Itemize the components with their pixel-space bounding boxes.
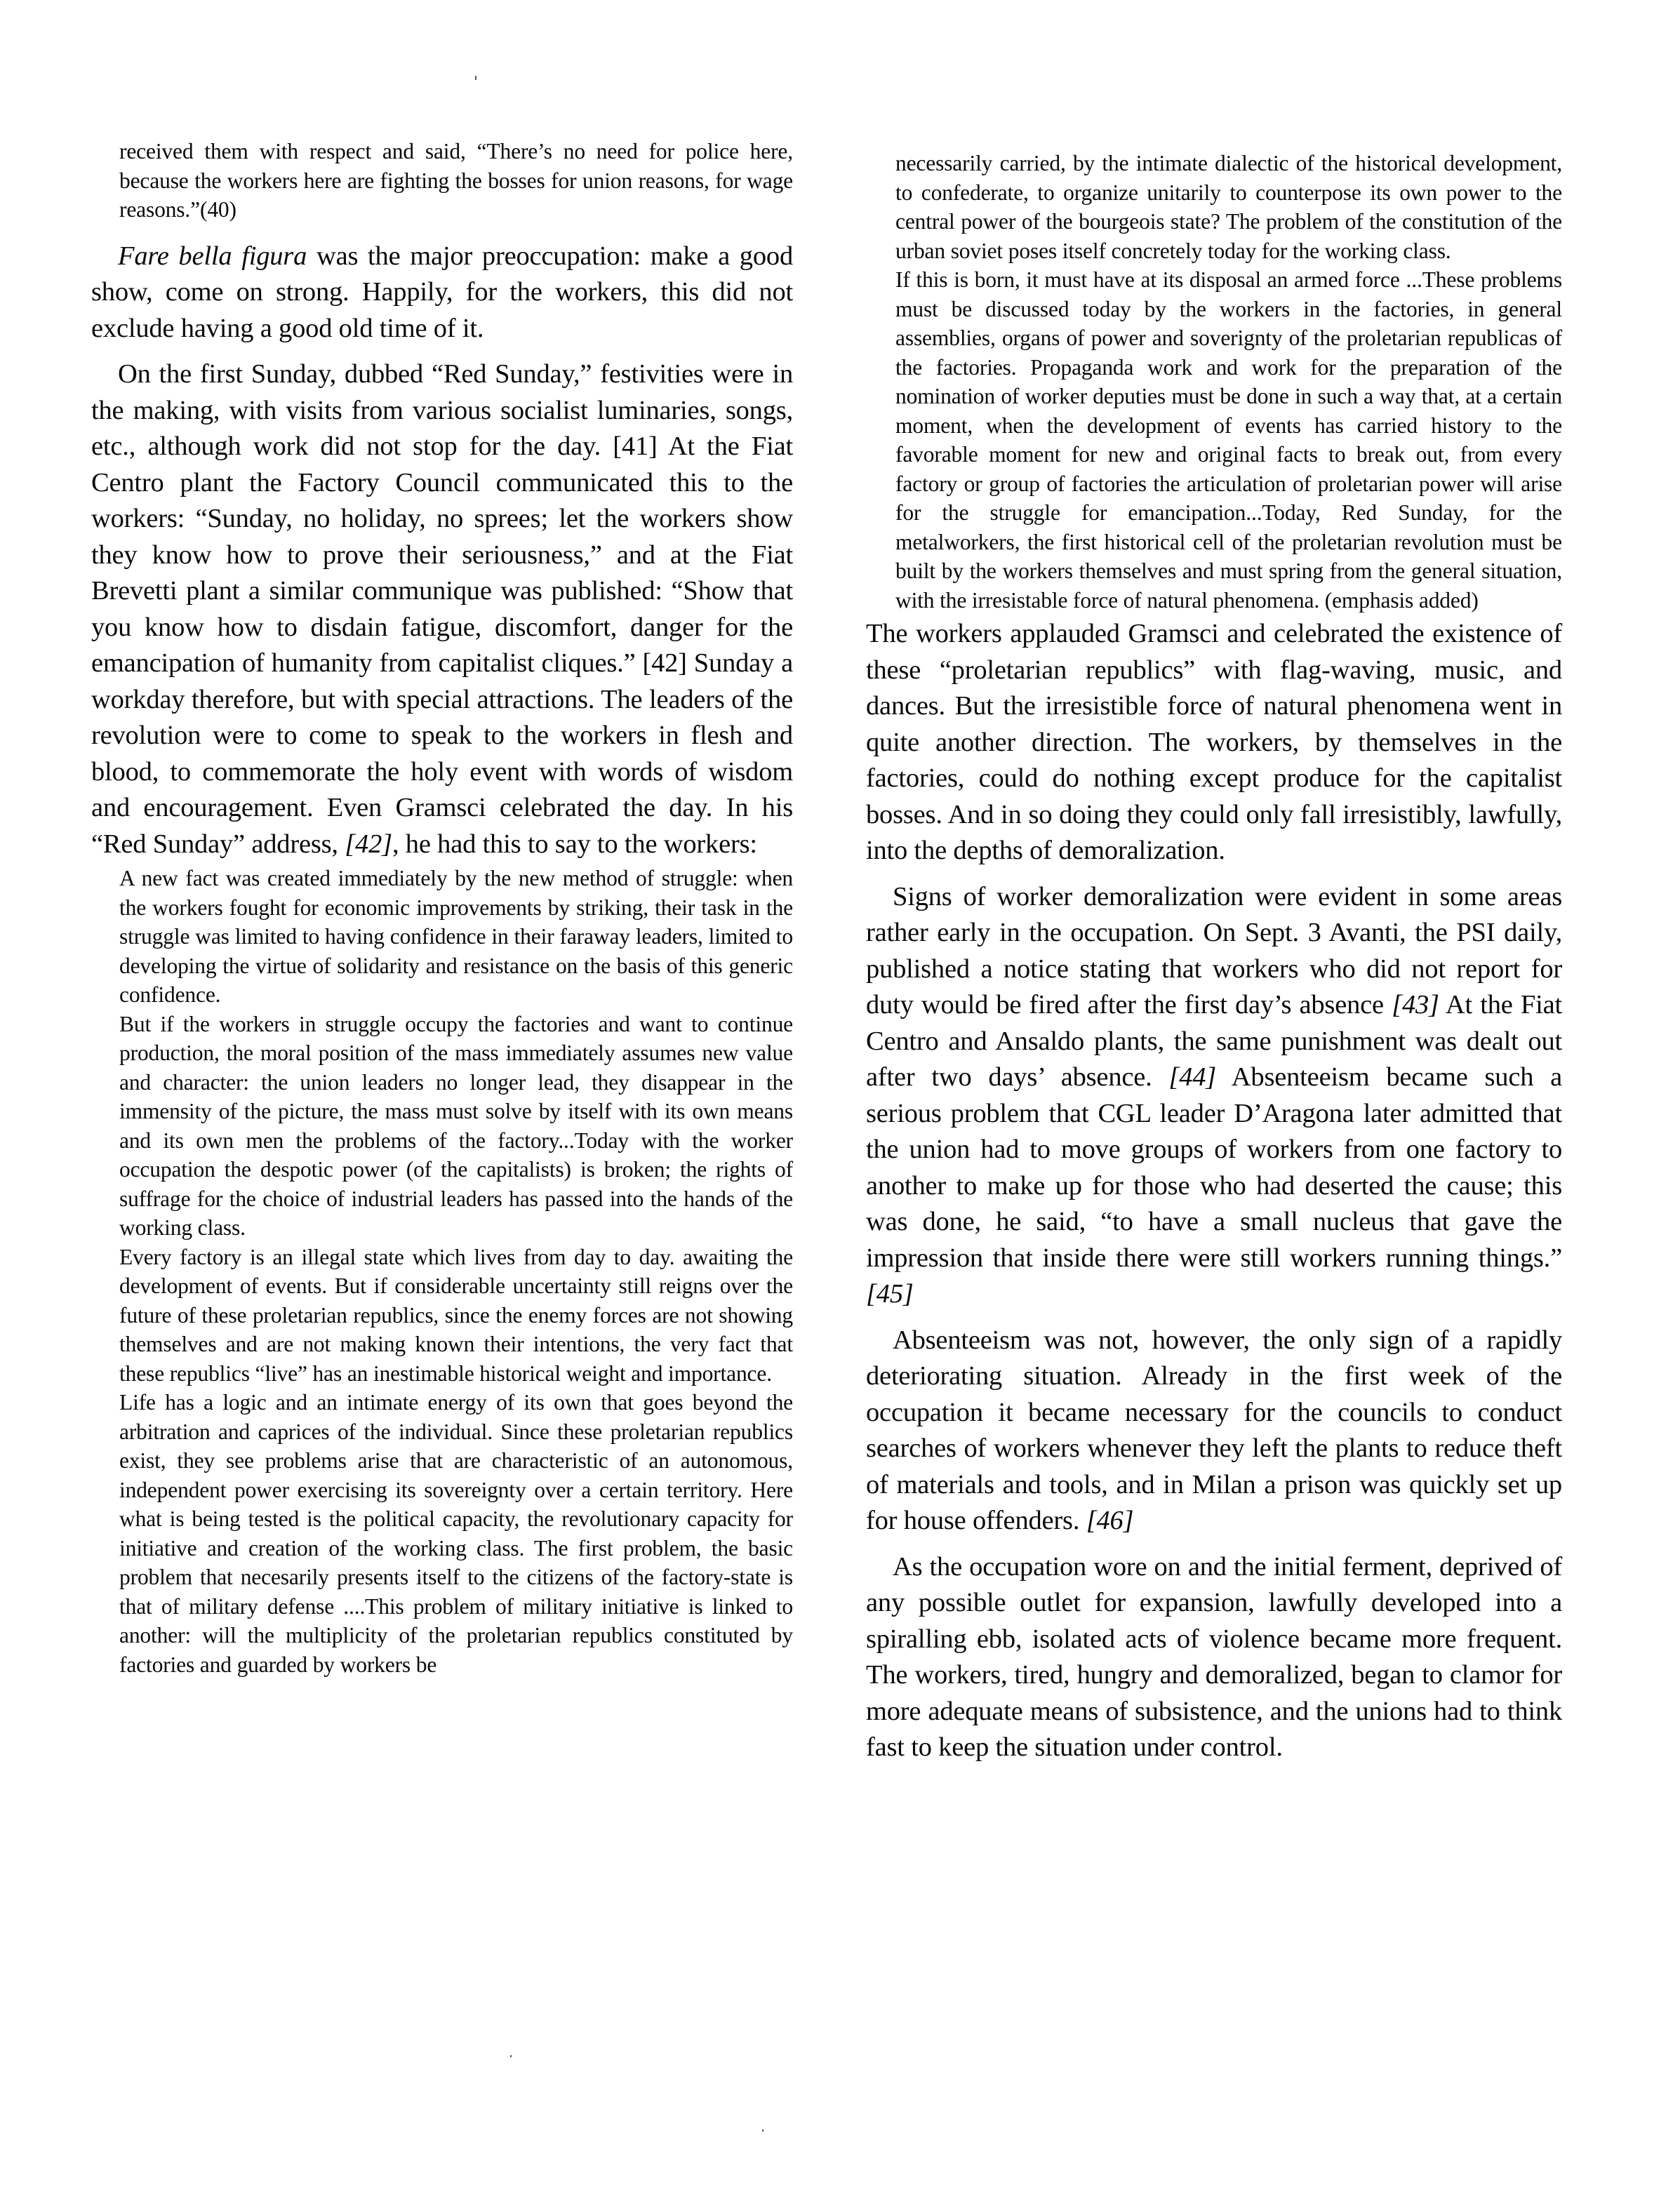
italic-phrase: Fare bella figura	[118, 241, 307, 271]
quote-paragraph: Every factory is an illegal state which …	[119, 1243, 793, 1389]
gramsci-block-quote: A new fact was created immediately by th…	[91, 864, 793, 1679]
body-paragraph-red-sunday: On the first Sunday, dubbed “Red Sunday,…	[91, 356, 793, 862]
footnote-ref: [43]	[1392, 990, 1439, 1020]
body-paragraph-signs: Signs of worker demoralization were evid…	[866, 879, 1562, 1313]
body-paragraph-absenteeism: Absenteeism was not, however, the only s…	[866, 1323, 1562, 1539]
quote-paragraph: Life has a logic and an intimate energy …	[119, 1388, 793, 1679]
scan-speck	[762, 2130, 764, 2132]
quote-paragraph: But if the workers in struggle occupy th…	[119, 1010, 793, 1243]
body-paragraph-figura: Fare bella figura was the major preoccup…	[91, 239, 793, 347]
block-quote-tail: received them with respect and said, “Th…	[91, 137, 793, 225]
document-page: received them with respect and said, “Th…	[0, 0, 1680, 2206]
scan-speck	[475, 76, 476, 80]
footnote-ref: [45]	[866, 1279, 914, 1309]
quote-paragraph: If this is born, it must have at its dis…	[895, 265, 1562, 615]
footnote-ref: [46]	[1086, 1506, 1134, 1535]
scan-speck	[510, 2055, 512, 2057]
left-column: received them with respect and said, “Th…	[91, 137, 793, 1679]
footnote-ref: [42]	[345, 829, 392, 859]
quote-paragraph: A new fact was created immediately by th…	[119, 864, 793, 1010]
gramsci-block-quote-continued: necessarily carried, by the intimate dia…	[866, 149, 1562, 615]
quote-paragraph: received them with respect and said, “Th…	[119, 137, 793, 225]
quote-paragraph: necessarily carried, by the intimate dia…	[895, 149, 1562, 265]
footnote-ref: [44]	[1168, 1062, 1216, 1092]
body-paragraph-applauded: The workers applauded Gramsci and celebr…	[866, 616, 1562, 869]
body-paragraph-occupation: As the occupation wore on and the initia…	[866, 1549, 1562, 1766]
right-column: necessarily carried, by the intimate dia…	[866, 149, 1562, 1766]
